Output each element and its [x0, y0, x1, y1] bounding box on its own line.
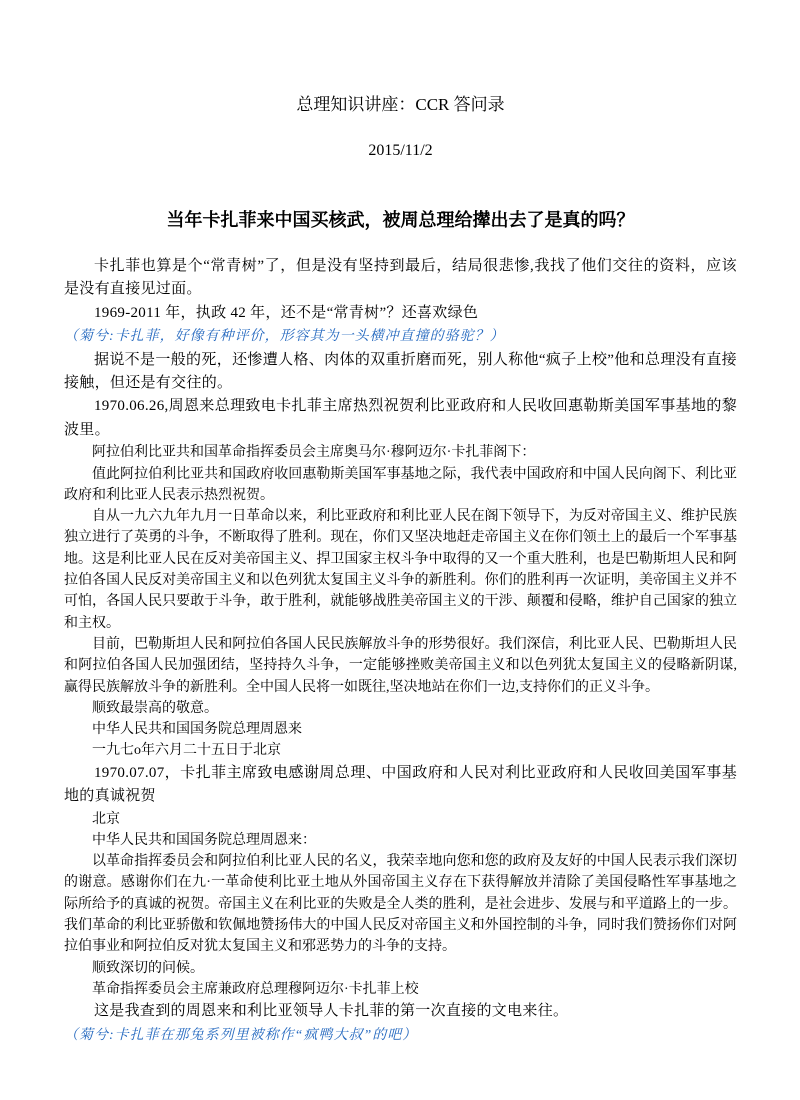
- paragraph: 以革命指挥委员会和阿拉伯利比亚人民的名义，我荣幸地向您和您的政府及友好的中国人民…: [64, 851, 737, 957]
- document-content: 总理知识讲座：CCR 答问录 2015/11/2 当年卡扎菲来中国买核武，被周总…: [64, 95, 737, 1047]
- paragraph: 顺致最崇高的敬意。: [64, 698, 737, 719]
- article-body: 卡扎菲也算是个“常青树”了，但是没有坚持到最后，结局很悲惨,我找了他们交往的资料…: [64, 255, 737, 1047]
- paragraph: 1969-2011 年，执政 42 年，还不是“常青树”？还喜欢绿色: [64, 302, 737, 325]
- paragraph: 中华人民共和国国务院总理周恩来: [64, 719, 737, 740]
- document-title: 总理知识讲座：CCR 答问录: [64, 95, 737, 115]
- paragraph: 阿拉伯利比亚共和国革命指挥委员会主席奥马尔·穆阿迈尔·卡扎菲阁下：: [64, 442, 737, 463]
- annotation-paragraph: （菊兮:卡扎菲在那兔系列里被称作“疯鸭大叔”的吧）: [64, 1024, 737, 1047]
- paragraph: 据说不是一般的死，还惨遭人格、肉体的双重折磨而死，别人称他“疯子上校”他和总理没…: [64, 349, 737, 396]
- document-page: 总理知识讲座：CCR 答问录 2015/11/2 当年卡扎菲来中国买核武，被周总…: [0, 0, 800, 1100]
- paragraph: 中华人民共和国国务院总理周恩来：: [64, 830, 737, 851]
- paragraph: 这是我查到的周恩来和利比亚领导人卡扎菲的第一次直接的文电来往。: [64, 1000, 737, 1023]
- document-date: 2015/11/2: [64, 141, 737, 161]
- paragraph: 革命指挥委员会主席兼政府总理穆阿迈尔·卡扎菲上校: [64, 979, 737, 1000]
- annotation-paragraph: （菊兮:卡扎菲，好像有种评价，形容其为一头横冲直撞的骆驼？）: [64, 325, 737, 348]
- paragraph: 一九七o年六月二十五日于北京: [64, 740, 737, 761]
- paragraph: 自从一九六九年九月一日革命以来，利比亚政府和利比亚人民在阁下领导下，为反对帝国主…: [64, 506, 737, 634]
- paragraph: 值此阿拉伯利比亚共和国政府收回惠勒斯美国军事基地之际，我代表中国政府和中国人民向…: [64, 464, 737, 507]
- paragraph: 目前，巴勒斯坦人民和阿拉伯各国人民民族解放斗争的形势很好。我们深信，利比亚人民、…: [64, 634, 737, 698]
- paragraph: 1970.06.26,周恩来总理致电卡扎菲主席热烈祝贺利比亚政府和人民收回惠勒斯…: [64, 395, 737, 442]
- article-heading: 当年卡扎菲来中国买核武，被周总理给撵出去了是真的吗？: [64, 210, 737, 231]
- paragraph: 北京: [64, 809, 737, 830]
- paragraph: 1970.07.07，卡扎菲主席致电感谢周总理、中国政府和人民对利比亚政府和人民…: [64, 762, 737, 809]
- paragraph: 卡扎菲也算是个“常青树”了，但是没有坚持到最后，结局很悲惨,我找了他们交往的资料…: [64, 255, 737, 302]
- paragraph: 顺致深切的问候。: [64, 958, 737, 979]
